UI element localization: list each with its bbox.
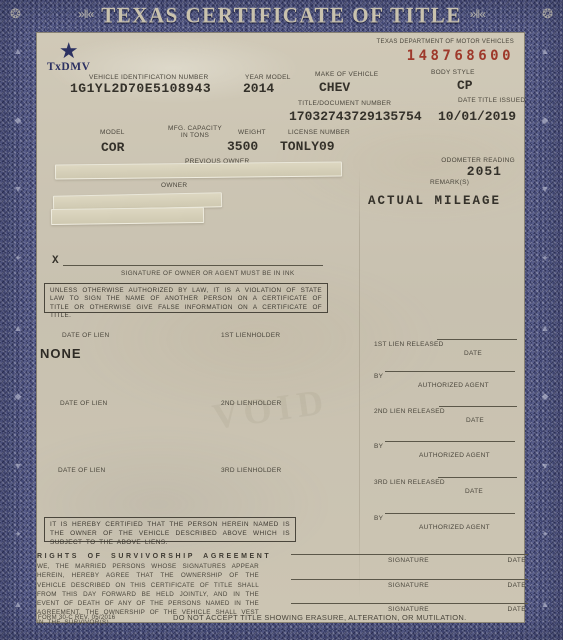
third-lien-agent-label: AUTHORIZED AGENT [419, 524, 490, 531]
first-lien-date-label: DATE [464, 350, 482, 357]
first-lien-released-line [437, 339, 517, 340]
signature-x-mark: X [52, 255, 59, 267]
second-lien-released-label: 2ND LIEN RELEASED [374, 408, 445, 415]
first-lien-released-label: 1ST LIEN RELEASED [374, 341, 444, 348]
model-label: MODEL [100, 129, 125, 136]
third-lienholder-label: 3RD LIENHOLDER [221, 467, 282, 474]
license-number-label: LICENSE NUMBER [288, 129, 350, 136]
vin-value: 1G1YL2D70E5108943 [70, 81, 211, 96]
signature-row-2: SIGNATURE DATE [291, 579, 528, 592]
date-title-issued-value: 10/01/2019 [438, 109, 516, 124]
make-label: MAKE OF VEHICLE [315, 71, 378, 78]
second-lien-by-label: BY [374, 443, 383, 450]
signature-label: SIGNATURE [388, 606, 429, 613]
date-of-lien-label-1: DATE OF LIEN [62, 332, 110, 339]
weight-value: 3500 [227, 139, 258, 154]
third-lien-released-line [438, 477, 517, 478]
make-value: CHEV [319, 80, 350, 95]
signature-row-1: SIGNATURE DATE [291, 554, 528, 567]
signature-note: SIGNATURE OF OWNER OR AGENT MUST BE IN I… [121, 270, 295, 277]
signature-label: SIGNATURE [388, 582, 429, 589]
right-border-ornaments-icon: ▲◆▼✦▲◆▼✦▲ [527, 32, 563, 623]
rosette-icon: ❂ [10, 6, 21, 22]
owner-signature-line [63, 255, 323, 266]
date-title-issued-label: DATE TITLE ISSUED [458, 97, 525, 104]
title-document-number-label: TITLE/DOCUMENT NUMBER [298, 100, 391, 107]
odometer-reading-label: ODOMETER READING [441, 157, 515, 164]
second-lien-released-line [439, 406, 517, 407]
void-watermark: VOID [210, 380, 332, 438]
third-lien-date-label: DATE [465, 488, 483, 495]
remarks-value: ACTUAL MILEAGE [368, 194, 501, 208]
txdmv-logo-text: TxDMV [47, 61, 90, 73]
body-style-value: CP [457, 78, 473, 93]
second-lien-by-line [385, 441, 515, 442]
banner-ornament-icon: »‖« [78, 7, 93, 21]
date-label: DATE [508, 582, 526, 589]
survivorship-heading: RIGHTS OF SURVIVORSHIP AGREEMENT [37, 553, 271, 560]
owner-label: OWNER [161, 182, 187, 189]
rosette-icon: ❂ [542, 6, 553, 22]
first-lien-value: NONE [40, 346, 82, 361]
date-of-lien-label-2: DATE OF LIEN [60, 400, 108, 407]
second-lien-date-label: DATE [466, 417, 484, 424]
year-model-value: 2014 [243, 81, 274, 96]
title-document-number-value: 17032743729135754 [289, 109, 422, 124]
date-of-lien-label-3: DATE OF LIEN [58, 467, 106, 474]
previous-owner-redaction-tape [55, 161, 342, 179]
first-lienholder-label: 1ST LIENHOLDER [221, 332, 280, 339]
mfg-capacity-label: MFG. CAPACITY IN TONS [168, 125, 222, 139]
vin-label: VEHICLE IDENTIFICATION NUMBER [89, 74, 208, 81]
third-lien-by-label: BY [374, 515, 383, 522]
third-lien-released-label: 3RD LIEN RELEASED [374, 479, 445, 486]
form-number: FORM 30-C REV. 05/2016 [38, 615, 115, 621]
owner-address-redaction-tape [51, 207, 204, 225]
first-lien-agent-label: AUTHORIZED AGENT [418, 382, 489, 389]
txdmv-star-icon: ★ [47, 41, 90, 61]
txdmv-logo: ★ TxDMV [47, 41, 90, 73]
third-lien-by-line [385, 513, 515, 514]
title-document-paper: VOID ★ TxDMV TEXAS DEPARTMENT OF MOTOR V… [36, 32, 525, 623]
control-number: 148768600 [407, 48, 514, 64]
ownership-certification-box: IT IS HEREBY CERTIFIED THAT THE PERSON H… [44, 517, 296, 542]
year-model-label: YEAR MODEL [245, 74, 291, 81]
weight-label: WEIGHT [238, 129, 266, 136]
model-value: COR [101, 140, 124, 155]
remarks-label: REMARK(S) [430, 179, 469, 186]
left-border-ornaments-icon: ▲◆▼✦▲◆▼✦▲ [0, 32, 36, 623]
fold-crease [359, 168, 360, 598]
footer-warning: DO NOT ACCEPT TITLE SHOWING ERASURE, ALT… [173, 613, 467, 622]
certificate-page: TEXAS CERTIFICATE OF TITLE ❂ ❂ »‖« »‖« ▲… [0, 0, 563, 640]
banner-ornament-icon: »‖« [470, 7, 485, 21]
false-statement-warning-box: UNLESS OTHERWISE AUTHORIZED BY LAW, IT I… [44, 283, 328, 313]
date-label: DATE [508, 557, 526, 564]
body-style-label: BODY STYLE [431, 69, 475, 76]
agency-name: TEXAS DEPARTMENT OF MOTOR VEHICLES [377, 39, 514, 45]
license-number-value: TONLY09 [280, 139, 335, 154]
date-label: DATE [508, 606, 526, 613]
odometer-reading-value: 2051 [467, 164, 502, 179]
signature-label: SIGNATURE [388, 557, 429, 564]
second-lienholder-label: 2ND LIENHOLDER [221, 400, 282, 407]
first-lien-by-line [385, 371, 515, 372]
first-lien-by-label: BY [374, 373, 383, 380]
second-lien-agent-label: AUTHORIZED AGENT [419, 452, 490, 459]
